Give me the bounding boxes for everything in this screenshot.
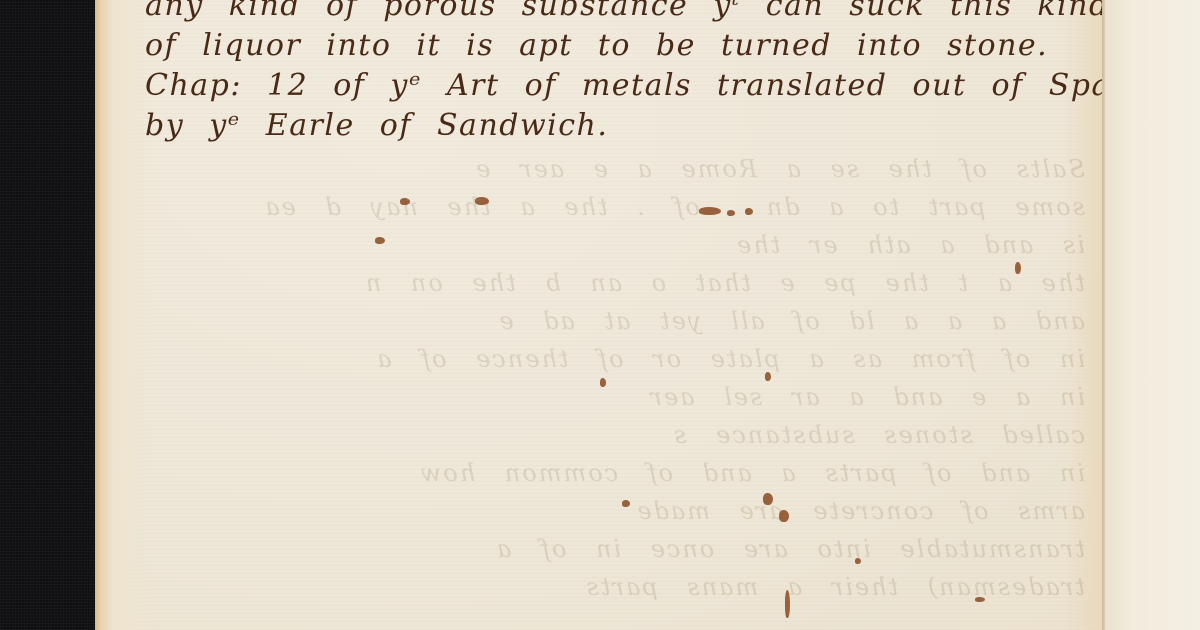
ink-stain	[1015, 262, 1021, 274]
handwritten-line: by yᵉ Earle of Sandwich.	[145, 106, 1065, 146]
ink-stain	[763, 493, 773, 505]
bleed-line: transmutable into are once in of a	[105, 530, 1085, 568]
bleed-line: arms of concrete are made	[105, 492, 1085, 530]
ink-stain	[727, 210, 735, 216]
bleed-line: in and of parts a and of common how	[105, 454, 1085, 492]
handwritten-text: any kind of porous substance yᵗ can suck…	[145, 0, 1065, 146]
ink-stain	[785, 590, 790, 618]
ink-stain	[699, 207, 721, 215]
ink-stain	[765, 372, 771, 381]
ink-stain	[400, 198, 410, 205]
bleed-line: some part to a dn . of . the a the nay d…	[105, 188, 1085, 226]
ink-stain	[600, 378, 606, 387]
bleed-line: called stones substance s	[105, 416, 1085, 454]
ink-stain	[975, 597, 985, 602]
ink-stain	[475, 197, 489, 205]
handwritten-line: of liquor into it is apt to be turned in…	[145, 26, 1065, 66]
bleed-line: in a e and a ar sel aer	[105, 378, 1085, 416]
adjacent-leaf	[1105, 0, 1200, 630]
ink-stain	[375, 237, 385, 244]
ink-stain	[745, 208, 753, 215]
bleed-line: Salts of the se a Rome a e aer e	[105, 150, 1085, 188]
handwritten-line: Chap: 12 of yᵉ Art of metals translated …	[145, 66, 1065, 106]
bleed-line: in of from as a plate or of thence of a	[105, 340, 1085, 378]
bleed-line: tradesman) their a mans parts	[105, 568, 1085, 606]
handwritten-line: any kind of porous substance yᵗ can suck…	[145, 0, 1065, 26]
bleed-line: and a a a ld of all yet at ad e	[105, 302, 1085, 340]
ink-stain	[622, 500, 630, 507]
book-binding	[0, 0, 95, 630]
bleed-line: the a t the pe e that o an b the on n	[105, 264, 1085, 302]
bleed-through-text: Salts of the se a Rome a e aer e some pa…	[105, 150, 1085, 606]
ink-stain	[855, 558, 861, 564]
bleed-line: is and a ath er the	[105, 226, 1085, 264]
ink-stain	[779, 510, 789, 522]
manuscript-page: Salts of the se a Rome a e aer e some pa…	[95, 0, 1104, 630]
